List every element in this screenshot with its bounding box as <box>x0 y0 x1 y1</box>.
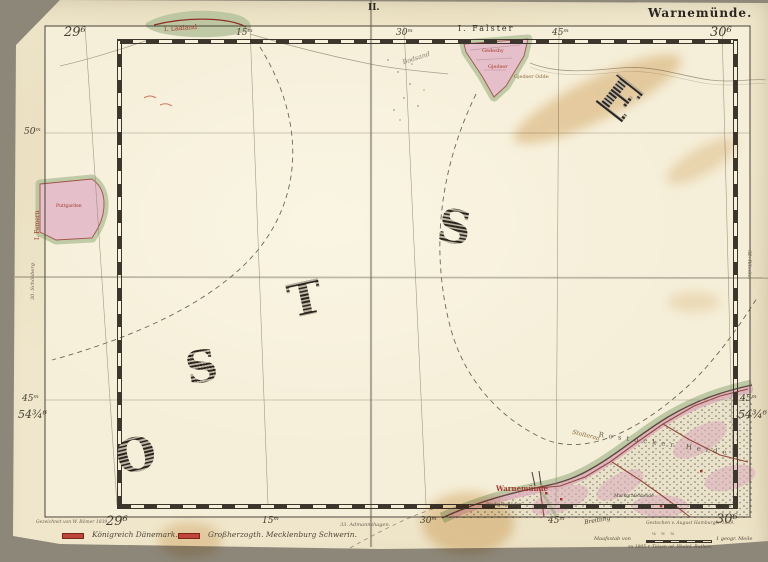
tick-left-54: 54¾⁶ <box>18 408 47 421</box>
imprint-engraver: Gestochen v. August Hamburger 1839. <box>646 521 735 526</box>
tick-right-54: 54¾⁶ <box>738 408 767 421</box>
fold-horizontal <box>15 277 768 278</box>
tick-bottom-15: 15ᵐ <box>262 516 279 526</box>
tick-left-50: 50ᵐ <box>24 127 41 137</box>
scale-bar <box>646 540 712 543</box>
legend-label-denmark: Königreich Dänemark. <box>92 530 178 539</box>
label-gjedser: Gjedser <box>488 64 508 70</box>
scale-prefix: Maafsstab von <box>594 536 631 542</box>
tick-bottom-30m: 30ᵐ <box>420 516 437 526</box>
island-lolland <box>146 11 251 37</box>
adjacent-sheet-bottom: 33. Admannshagen. <box>340 522 390 528</box>
tick-top-45: 45ᵐ <box>552 28 569 38</box>
adjacent-sheet-right: 32. Ribnitz. <box>746 250 752 279</box>
stain-right-middle <box>668 292 720 312</box>
label-puttgarden: Puttgarden <box>56 204 82 209</box>
scale-subtext: zu 1805 r. Toisen od. Rheinl. Ruthen. <box>628 545 712 550</box>
reef-marks <box>144 96 172 106</box>
tick-right-45: 45ᵐ <box>740 394 757 404</box>
legend-swatch-denmark <box>62 533 84 539</box>
label-femern: I. Femern <box>34 210 41 240</box>
label-diedrichshagen: Diedrichshäger <box>486 503 521 508</box>
imprint-draughtsman: Gezeichnet von W. Römer 1839. <box>36 520 109 525</box>
stain-bottom-left <box>158 522 222 558</box>
scale-fractions: ¼ ½ ¾ <box>652 531 676 536</box>
tick-top-30m: 30ᵐ <box>396 28 413 38</box>
scale-suffix: 1 geogr. Meile <box>716 536 752 542</box>
tick-bottom-29: 29⁶ <box>106 514 128 529</box>
legend-label-mecklenburg: Großherzogth. Mecklenburg Schwerin. <box>208 530 357 539</box>
legend-swatch-mecklenburg <box>178 533 200 539</box>
label-warnemuende: Warnemünde <box>496 484 548 493</box>
map-sheet-photo: O S T S E Warnemünde. II. 29⁶ 15ᵐ 30ᵐ 45… <box>0 0 768 562</box>
adjacent-sheet-left: 30. Schönberg. <box>30 261 36 300</box>
tick-top-30: 30⁶ <box>710 25 732 40</box>
tick-left-45: 45ᵐ <box>22 394 39 404</box>
sheet-title: Warnemünde. <box>648 6 734 20</box>
tick-bottom-45: 45ᵐ <box>548 516 565 526</box>
sheet-number: II. <box>368 3 380 13</box>
tick-top-15: 15ᵐ <box>236 28 253 38</box>
label-falster: I. Falster <box>458 24 514 33</box>
label-gjedser-odde: Gjedser Odde <box>514 74 549 80</box>
tick-top-29: 29⁶ <box>64 25 86 40</box>
minute-band-right <box>733 39 738 509</box>
minute-band-top <box>120 39 734 44</box>
island-fehmarn <box>40 179 104 240</box>
label-gedesby: Gedesby <box>482 48 504 54</box>
label-markgrafenheide: Markgrafenheide <box>614 494 654 499</box>
